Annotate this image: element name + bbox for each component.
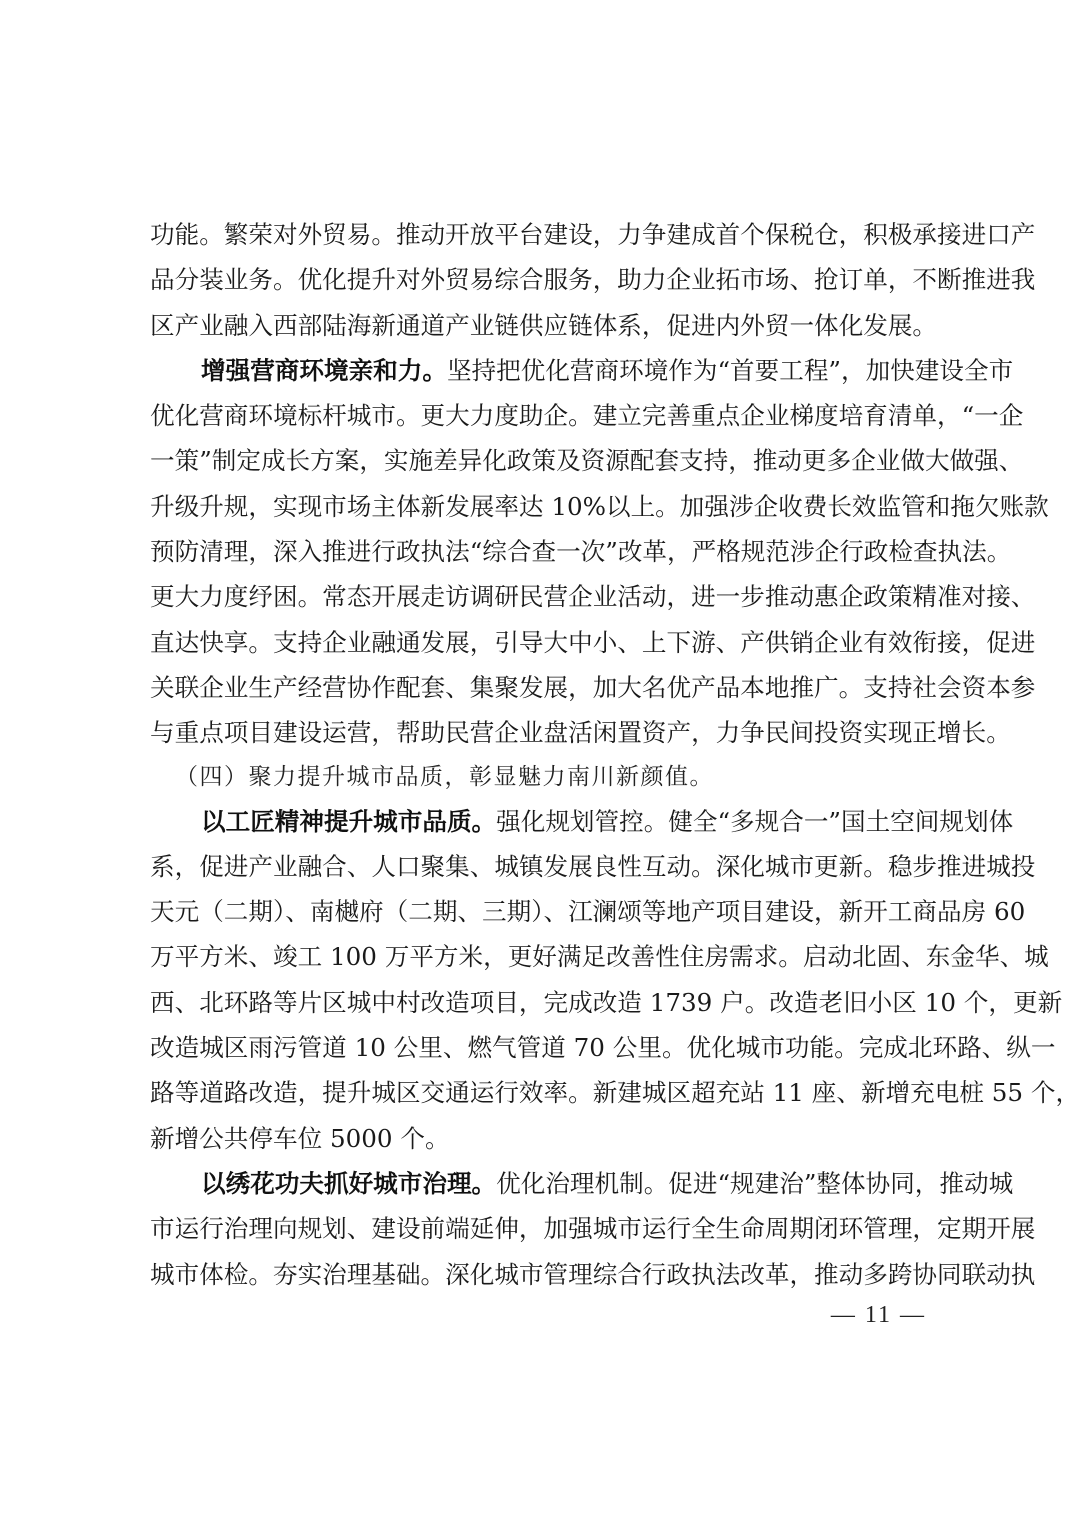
paragraph-line: 升级升规，实现市场主体新发展率达 10%以上。加强涉企收费长效监管和拖欠账款 — [150, 484, 926, 529]
paragraph-line: 市运行治理向规划、建设前端延伸，加强城市运行全生命周期闭环管理，定期开展 — [150, 1206, 926, 1251]
paragraph-line: 一策”制定成长方案，实施差异化政策及资源配套支持，推动更多企业做大做强、 — [150, 438, 926, 483]
paragraph-line: 更大力度纾困。常态开展走访调研民营企业活动，进一步推动惠企政策精准对接、 — [150, 574, 926, 619]
paragraph-text: 优化治理机制。促进“规建治”整体协同，推动城 — [496, 1169, 1013, 1198]
paragraph-lead-heading: 以工匠精神提升城市品质。 — [201, 807, 496, 836]
paragraph-line: 改造城区雨污管道 10 公里、燃气管道 70 公里。优化城市功能。完成北环路、纵… — [150, 1025, 926, 1070]
section-heading: （四）聚力提升城市品质，彰显魅力南川新颜值。 — [150, 756, 926, 799]
paragraph-line: 西、北环路等片区城中村改造项目，完成改造 1739 户。改造老旧小区 10 个，… — [150, 980, 926, 1025]
paragraph-line: 与重点项目建设运营，帮助民营企业盘活闲置资产，力争民间投资实现正增长。 — [150, 710, 926, 755]
paragraph-line: 万平方米、竣工 100 万平方米，更好满足改善性住房需求。启动北固、东金华、城 — [150, 934, 926, 979]
paragraph-text: 坚持把优化营商环境作为“首要工程”，加快建设全市 — [447, 356, 1013, 385]
paragraph-line: 系，促进产业融合、人口聚集、城镇发展良性互动。深化城市更新。稳步推进城投 — [150, 844, 926, 889]
page-number: — 11 — — [831, 1302, 926, 1329]
paragraph-lead-heading: 增强营商环境亲和力。 — [201, 356, 447, 385]
document-page: 功能。繁荣对外贸易。推动开放平台建设，力争建成首个保税仓，积极承接进口产 品分装… — [0, 0, 1074, 1520]
paragraph-first-line: 以绣花功夫抓好城市治理。优化治理机制。促进“规建治”整体协同，推动城 — [150, 1161, 926, 1206]
paragraph-lead-heading: 以绣花功夫抓好城市治理。 — [201, 1169, 496, 1198]
paragraph-line: 关联企业生产经营协作配套、集聚发展，加大名优产品本地推广。支持社会资本参 — [150, 665, 926, 710]
paragraph-line: 新增公共停车位 5000 个。 — [150, 1116, 926, 1161]
paragraph-line: 优化营商环境标杆城市。更大力度助企。建立完善重点企业梯度培育清单，“一企 — [150, 393, 926, 438]
paragraph-line: 路等道路改造，提升城区交通运行效率。新建城区超充站 11 座、新增充电桩 55 … — [150, 1070, 926, 1115]
document-body: 功能。繁荣对外贸易。推动开放平台建设，力争建成首个保税仓，积极承接进口产 品分装… — [150, 212, 926, 1297]
paragraph-line: 预防清理，深入推进行政执法“综合查一次”改革，严格规范涉企行政检查执法。 — [150, 529, 926, 574]
paragraph-line: 城市体检。夯实治理基础。深化城市管理综合行政执法改革，推动多跨协同联动执 — [150, 1252, 926, 1297]
paragraph-line: 直达快享。支持企业融通发展，引导大中小、上下游、产供销企业有效衔接，促进 — [150, 620, 926, 665]
paragraph-line: 功能。繁荣对外贸易。推动开放平台建设，力争建成首个保税仓，积极承接进口产 — [150, 212, 926, 257]
paragraph-first-line: 以工匠精神提升城市品质。强化规划管控。健全“多规合一”国土空间规划体 — [150, 799, 926, 844]
paragraph-first-line: 增强营商环境亲和力。坚持把优化营商环境作为“首要工程”，加快建设全市 — [150, 348, 926, 393]
paragraph-line: 天元（二期）、南樾府（二期、三期）、江澜颂等地产项目建设，新开工商品房 60 — [150, 889, 926, 934]
paragraph-text: 强化规划管控。健全“多规合一”国土空间规划体 — [496, 807, 1013, 836]
paragraph-line: 区产业融入西部陆海新通道产业链供应链体系，促进内外贸一体化发展。 — [150, 303, 926, 348]
paragraph-line: 品分装业务。优化提升对外贸易综合服务，助力企业拓市场、抢订单，不断推进我 — [150, 257, 926, 302]
